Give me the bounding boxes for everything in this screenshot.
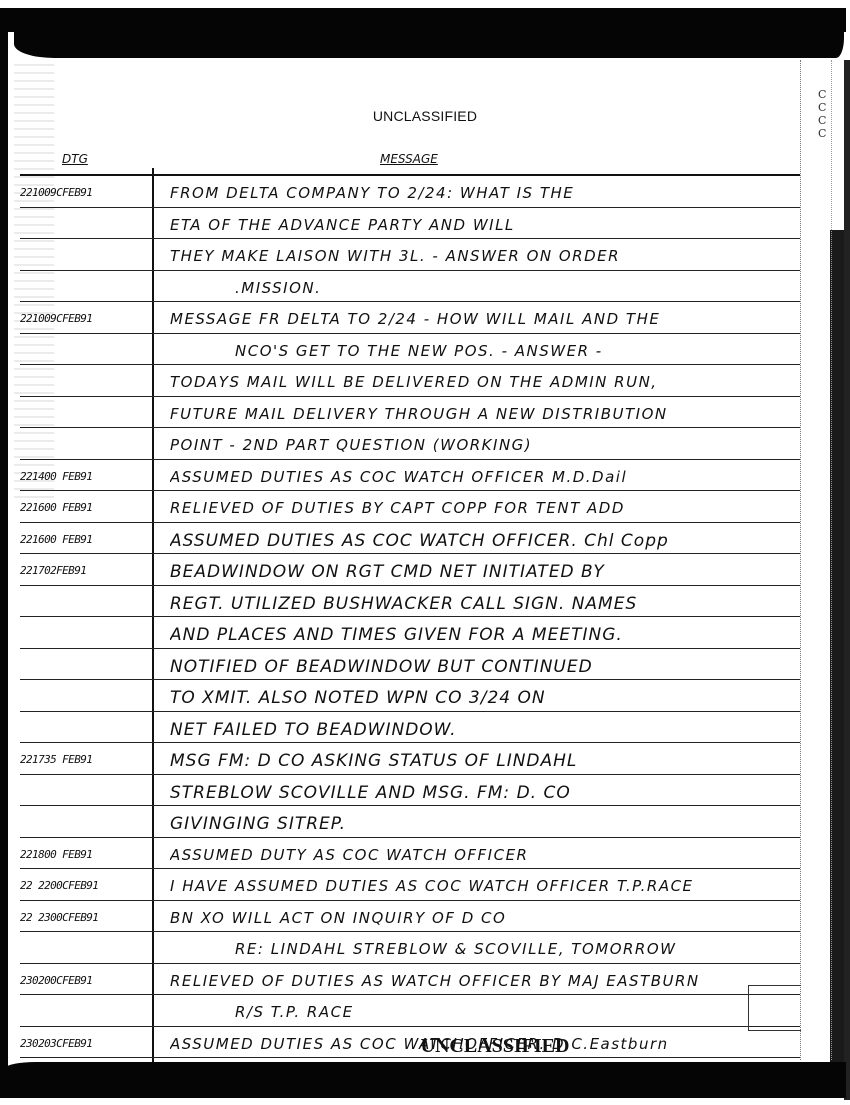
scan-border-top-inner — [14, 30, 844, 58]
corner-stamp-box — [748, 985, 801, 1031]
entry-dtg: 221735 FEB91 — [20, 753, 152, 766]
entry-message: ETA OF THE ADVANCE PARTY AND WILL — [170, 216, 800, 234]
log-entry-row: 22 2200CFEB91I HAVE ASSUMED DUTIES AS CO… — [20, 869, 800, 901]
log-entry-row: TODAYS MAIL WILL BE DELIVERED ON THE ADM… — [20, 365, 800, 397]
log-entry-row: 221800 FEB91ASSUMED DUTY AS COC WATCH OF… — [20, 838, 800, 870]
entry-message: RELIEVED OF DUTIES BY CAPT COPP FOR TENT… — [170, 499, 800, 517]
scan-edge-right — [844, 60, 850, 1100]
scan-border-left — [0, 8, 8, 1098]
entry-message: POINT - 2ND PART QUESTION (WORKING) — [170, 436, 800, 454]
entry-message: AND PLACES AND TIMES GIVEN FOR A MEETING… — [170, 625, 800, 645]
log-entry-row: 221600 FEB91ASSUMED DUTIES AS COC WATCH … — [20, 523, 800, 555]
entry-message: I HAVE ASSUMED DUTIES AS COC WATCH OFFIC… — [170, 877, 800, 895]
entry-message: NET FAILED TO BEADWINDOW. — [170, 720, 800, 740]
entry-dtg: 221400 FEB91 — [20, 470, 152, 483]
entry-message: TO XMIT. ALSO NOTED WPN CO 3/24 ON — [170, 688, 800, 708]
log-entry-row: NOTIFIED OF BEADWINDOW BUT CONTINUED — [20, 649, 800, 681]
log-entry-row: REGT. UTILIZED BUSHWACKER CALL SIGN. NAM… — [20, 586, 800, 618]
entry-message: FUTURE MAIL DELIVERY THROUGH A NEW DISTR… — [170, 405, 800, 423]
entry-message: .MISSION. — [235, 279, 800, 297]
message-column-header: MESSAGE — [380, 152, 438, 166]
log-entry-row: 221400 FEB91ASSUMED DUTIES AS COC WATCH … — [20, 460, 800, 492]
log-entry-row: 221009CFEB91FROM DELTA COMPANY TO 2/24: … — [20, 176, 800, 208]
log-entry-row: THEY MAKE LAISON WITH 3L. - ANSWER ON OR… — [20, 239, 800, 271]
log-entry-row: RE: LINDAHL STREBLOW & SCOVILLE, TOMORRO… — [20, 932, 800, 964]
entry-message: BN XO WILL ACT ON INQUIRY OF D CO — [170, 909, 800, 927]
log-entry-row: NET FAILED TO BEADWINDOW. — [20, 712, 800, 744]
log-entry-row: ETA OF THE ADVANCE PARTY AND WILL — [20, 208, 800, 240]
entry-message: THEY MAKE LAISON WITH 3L. - ANSWER ON OR… — [170, 247, 800, 265]
log-entry-row: 221735 FEB91MSG FM: D CO ASKING STATUS O… — [20, 743, 800, 775]
log-entry-row: 221009CFEB91MESSAGE FR DELTA TO 2/24 - H… — [20, 302, 800, 334]
entry-message: ASSUMED DUTIES AS COC WATCH OFFICER M.D.… — [170, 468, 800, 486]
log-entry-row: POINT - 2ND PART QUESTION (WORKING) — [20, 428, 800, 460]
entry-dtg: 221600 FEB91 — [20, 533, 152, 546]
log-entry-row: STREBLOW SCOVILLE AND MSG. FM: D. CO — [20, 775, 800, 807]
entry-message: REGT. UTILIZED BUSHWACKER CALL SIGN. NAM… — [170, 594, 800, 614]
classification-header: UNCLASSIFIED — [0, 108, 850, 124]
entry-dtg: 22 2200CFEB91 — [20, 879, 152, 892]
entry-message: MSG FM: D CO ASKING STATUS OF LINDAHL — [170, 751, 800, 771]
log-entry-row: R/S T.P. RACE — [20, 995, 800, 1027]
log-entry-row: FUTURE MAIL DELIVERY THROUGH A NEW DISTR… — [20, 397, 800, 429]
entry-dtg: 221702FEB91 — [20, 564, 152, 577]
scan-border-bottom — [6, 1062, 846, 1098]
entry-message: MESSAGE FR DELTA TO 2/24 - HOW WILL MAIL… — [170, 310, 800, 328]
entry-message: ASSUMED DUTY AS COC WATCH OFFICER — [170, 846, 800, 864]
log-entry-row: 22 2300CFEB91BN XO WILL ACT ON INQUIRY O… — [20, 901, 800, 933]
entry-message: BEADWINDOW ON RGT CMD NET INITIATED BY — [170, 562, 800, 582]
entry-message: NCO'S GET TO THE NEW POS. - ANSWER - — [235, 342, 800, 360]
entry-dtg: 221009CFEB91 — [20, 312, 152, 325]
entry-message: NOTIFIED OF BEADWINDOW BUT CONTINUED — [170, 657, 800, 677]
entry-message: RE: LINDAHL STREBLOW & SCOVILLE, TOMORRO… — [235, 940, 800, 958]
entry-dtg: 221009CFEB91 — [20, 186, 152, 199]
page-right-edge — [800, 60, 832, 1060]
log-entry-row: GIVINGING SITREP. — [20, 806, 800, 838]
classification-footer: UNCLASSIFIED — [0, 1035, 850, 1058]
entry-message: TODAYS MAIL WILL BE DELIVERED ON THE ADM… — [170, 373, 800, 391]
log-rows: 221009CFEB91FROM DELTA COMPANY TO 2/24: … — [20, 176, 800, 1058]
log-entry-row: 221600 FEB91RELIEVED OF DUTIES BY CAPT C… — [20, 491, 800, 523]
entry-dtg: 230200CFEB91 — [20, 974, 152, 987]
log-entry-row: 221702FEB91BEADWINDOW ON RGT CMD NET INI… — [20, 554, 800, 586]
entry-dtg: 22 2300CFEB91 — [20, 911, 152, 924]
message-log: DTG MESSAGE 221009CFEB91FROM DELTA COMPA… — [20, 148, 800, 1058]
dtg-column-header: DTG — [62, 152, 88, 166]
entry-message: ASSUMED DUTIES AS COC WATCH OFFICER. Chl… — [170, 531, 800, 551]
entry-dtg: 221600 FEB91 — [20, 501, 152, 514]
log-entry-row: NCO'S GET TO THE NEW POS. - ANSWER - — [20, 334, 800, 366]
log-entry-row: AND PLACES AND TIMES GIVEN FOR A MEETING… — [20, 617, 800, 649]
log-entry-row: 230200CFEB91RELIEVED OF DUTIES AS WATCH … — [20, 964, 800, 996]
log-header-row: DTG MESSAGE — [20, 148, 800, 176]
log-entry-row: .MISSION. — [20, 271, 800, 303]
entry-message: FROM DELTA COMPANY TO 2/24: WHAT IS THE — [170, 184, 800, 202]
entry-dtg: 221800 FEB91 — [20, 848, 152, 861]
entry-message: R/S T.P. RACE — [235, 1003, 800, 1021]
entry-message: GIVINGING SITREP. — [170, 814, 800, 834]
log-entry-row: TO XMIT. ALSO NOTED WPN CO 3/24 ON — [20, 680, 800, 712]
entry-message: RELIEVED OF DUTIES AS WATCH OFFICER BY M… — [170, 972, 800, 990]
scan-border-top — [6, 8, 846, 32]
entry-message: STREBLOW SCOVILLE AND MSG. FM: D. CO — [170, 783, 800, 803]
